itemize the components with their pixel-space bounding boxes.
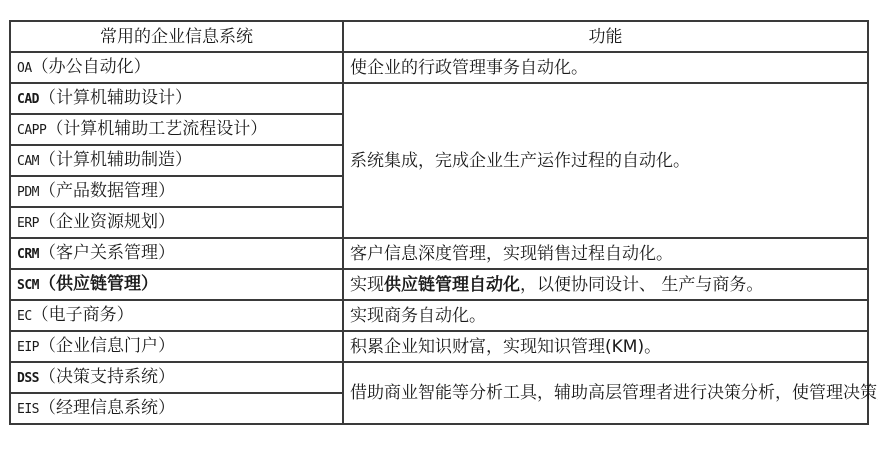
system-abbr: CRM <box>17 247 39 262</box>
system-cell: CAD（计算机辅助设计） <box>10 83 343 114</box>
system-cell: EIS（经理信息系统） <box>10 393 343 424</box>
system-abbr: EC <box>17 309 32 324</box>
system-abbr: CAM <box>17 154 39 169</box>
system-abbr: SCM <box>17 278 39 293</box>
system-name: （企业信息门户） <box>39 336 175 356</box>
header-row: 常用的企业信息系统 功能 <box>10 21 868 52</box>
table-row-dss: DSS（决策支持系统） 借助商业智能等分析工具，辅助高层管理者进行决策分析，使管… <box>10 362 868 393</box>
system-cell: EIP（企业信息门户） <box>10 331 343 362</box>
system-cell: ERP（企业资源规划） <box>10 207 343 238</box>
system-name: （供应链管理） <box>39 274 158 294</box>
function-cell-integration: 系统集成，完成企业生产运作过程的自动化。 <box>343 83 868 238</box>
system-name: （办公自动化） <box>32 57 151 77</box>
function-cell: 实现商务自动化。 <box>343 300 868 331</box>
system-abbr: CAD <box>17 92 39 107</box>
function-cell-decision: 借助商业智能等分析工具，辅助高层管理者进行决策分析，使管理决策更加科学化。 <box>343 362 868 424</box>
function-prefix: 实现 <box>350 275 384 295</box>
system-name: （企业资源规划） <box>39 212 175 232</box>
system-name: （电子商务） <box>32 305 134 325</box>
table-row-scm: SCM（供应链管理） 实现供应链管理自动化，以便协同设计、 生产与商务。 <box>10 269 868 300</box>
system-abbr: CAPP <box>17 123 46 138</box>
system-cell: SCM（供应链管理） <box>10 269 343 300</box>
system-abbr: PDM <box>17 185 39 200</box>
system-name: （计算机辅助工艺流程设计） <box>46 119 267 139</box>
system-abbr: DSS <box>17 371 39 386</box>
table-row-crm: CRM（客户关系管理） 客户信息深度管理，实现销售过程自动化。 <box>10 238 868 269</box>
header-function: 功能 <box>343 21 868 52</box>
system-abbr: EIP <box>17 340 39 355</box>
enterprise-info-systems-table: 常用的企业信息系统 功能 OA（办公自动化） 使企业的行政管理事务自动化。 CA… <box>9 20 869 425</box>
table-row-cad: CAD（计算机辅助设计） 系统集成，完成企业生产运作过程的自动化。 <box>10 83 868 114</box>
system-name: （经理信息系统） <box>39 398 175 418</box>
system-name: （客户关系管理） <box>39 243 175 263</box>
system-cell: CAM（计算机辅助制造） <box>10 145 343 176</box>
system-name: （决策支持系统） <box>39 367 175 387</box>
table-row-ec: EC（电子商务） 实现商务自动化。 <box>10 300 868 331</box>
system-abbr: EIS <box>17 402 39 417</box>
system-cell: DSS（决策支持系统） <box>10 362 343 393</box>
system-cell: OA（办公自动化） <box>10 52 343 83</box>
function-emphasis: 供应链管理自动化 <box>384 275 520 295</box>
system-cell: CAPP（计算机辅助工艺流程设计） <box>10 114 343 145</box>
function-cell: 客户信息深度管理，实现销售过程自动化。 <box>343 238 868 269</box>
system-abbr: OA <box>17 61 32 76</box>
table-row-eip: EIP（企业信息门户） 积累企业知识财富，实现知识管理(KM)。 <box>10 331 868 362</box>
system-name: （产品数据管理） <box>39 181 175 201</box>
function-suffix: ，以便协同设计、 生产与商务。 <box>520 275 763 295</box>
system-name: （计算机辅助制造） <box>39 150 192 170</box>
system-cell: CRM（客户关系管理） <box>10 238 343 269</box>
system-abbr: ERP <box>17 216 39 231</box>
function-cell: 实现供应链管理自动化，以便协同设计、 生产与商务。 <box>343 269 868 300</box>
system-cell: PDM（产品数据管理） <box>10 176 343 207</box>
function-cell: 使企业的行政管理事务自动化。 <box>343 52 868 83</box>
function-cell: 积累企业知识财富，实现知识管理(KM)。 <box>343 331 868 362</box>
header-systems: 常用的企业信息系统 <box>10 21 343 52</box>
system-name: （计算机辅助设计） <box>39 88 192 108</box>
system-cell: EC（电子商务） <box>10 300 343 331</box>
table-row-oa: OA（办公自动化） 使企业的行政管理事务自动化。 <box>10 52 868 83</box>
